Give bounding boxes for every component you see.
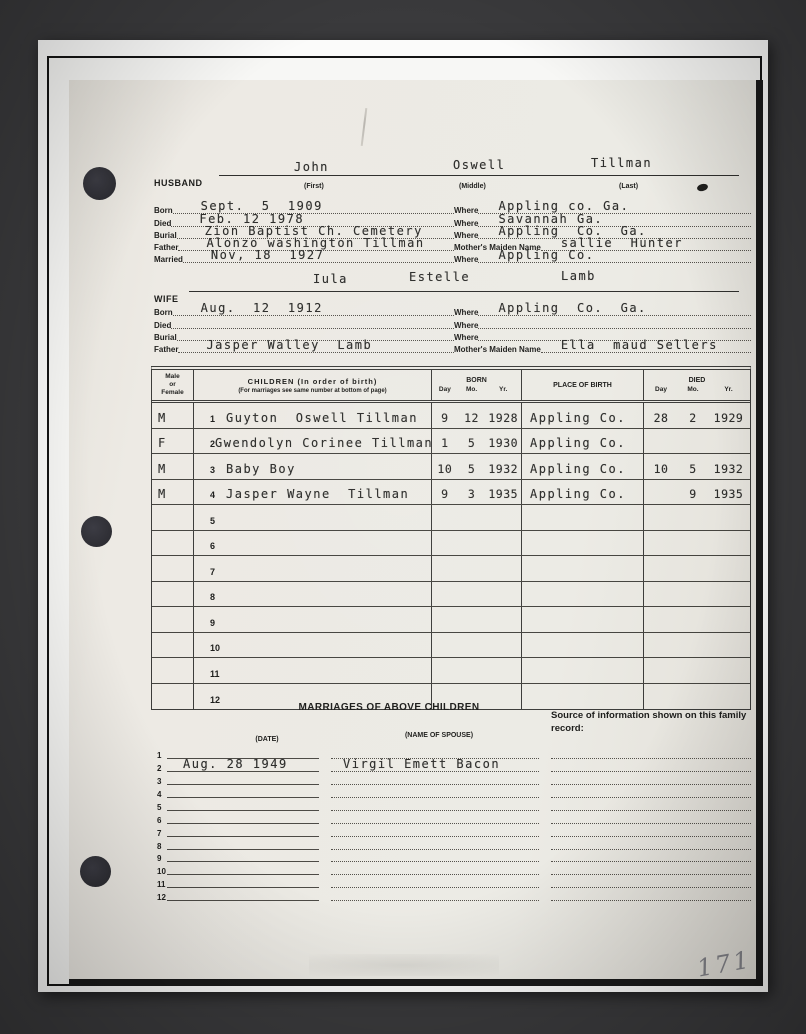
child-number: 1 bbox=[210, 414, 226, 424]
born-year: 1932 bbox=[485, 462, 521, 476]
child-born-cell bbox=[432, 633, 522, 658]
child-birthplace: Appling Co. bbox=[522, 454, 644, 479]
field-right-label: Where bbox=[454, 219, 478, 228]
form-field-row: Father Jasper Walley Lamb Mother's Maide… bbox=[154, 341, 751, 353]
stray-mark bbox=[361, 108, 368, 146]
child-name: Gwendolyn Corinee Tillman bbox=[215, 436, 433, 450]
child-birthplace bbox=[522, 556, 644, 581]
child-number: 8 bbox=[210, 592, 226, 602]
field-value: Aug. 12 1912 bbox=[201, 301, 323, 315]
child-born-cell: 10 5 1932 bbox=[432, 454, 522, 479]
field-right-label: Where bbox=[454, 255, 478, 264]
marriages-title: MARRIAGES OF ABOVE CHILDREN bbox=[219, 702, 559, 713]
field-right-label: Mother's Maiden Name bbox=[454, 345, 541, 354]
child-name-cell: 7 bbox=[194, 556, 432, 581]
children-table-body: M 1 Guyton Oswell Tillman 9 12 1928 Appl… bbox=[152, 403, 750, 709]
sex-header-line: or bbox=[169, 381, 176, 389]
first-name-sublabel: (First) bbox=[304, 183, 324, 190]
child-died-cell bbox=[644, 582, 750, 607]
child-born-cell bbox=[432, 531, 522, 556]
child-died-cell bbox=[644, 505, 750, 530]
middle-name-sublabel: (Middle) bbox=[459, 183, 486, 190]
field-label: Born bbox=[154, 308, 173, 317]
born-month: 12 bbox=[458, 411, 486, 425]
source-line bbox=[551, 745, 751, 759]
child-number: 11 bbox=[210, 669, 226, 679]
field-value: Jasper Walley Lamb bbox=[206, 338, 372, 352]
marriage-number: 2 bbox=[157, 764, 167, 773]
died-year: 1929 bbox=[708, 411, 749, 425]
died-year: 1935 bbox=[708, 487, 749, 501]
died-day: 10 bbox=[644, 462, 678, 476]
child-sex bbox=[152, 531, 194, 556]
field-right-label: Where bbox=[454, 206, 478, 215]
child-born-cell: 9 12 1928 bbox=[432, 403, 522, 428]
wife-name-line bbox=[189, 291, 739, 292]
marriage-number: 10 bbox=[157, 867, 167, 876]
child-sex bbox=[152, 582, 194, 607]
place-header-title: PLACE OF BIRTH bbox=[553, 382, 612, 389]
child-birthplace: Appling Co. bbox=[522, 480, 644, 505]
child-died-cell bbox=[644, 531, 750, 556]
child-number: 7 bbox=[210, 567, 226, 577]
child-name-cell: 4 Jasper Wayne Tillman bbox=[194, 480, 432, 505]
child-row: M 1 Guyton Oswell Tillman 9 12 1928 Appl… bbox=[152, 403, 750, 429]
died-header-title: DIED bbox=[689, 377, 706, 384]
born-day: 1 bbox=[432, 436, 458, 450]
spouse-name-line bbox=[331, 771, 539, 785]
child-row: 6 bbox=[152, 531, 750, 557]
year-subheader: Yr. bbox=[708, 386, 749, 393]
child-row: 5 bbox=[152, 505, 750, 531]
child-sex: M bbox=[152, 403, 194, 428]
spouse-name-line bbox=[331, 810, 539, 824]
child-name-cell: 1 Guyton Oswell Tillman bbox=[194, 403, 432, 428]
source-line bbox=[551, 861, 751, 875]
child-sex: F bbox=[152, 429, 194, 454]
child-died-cell: 28 2 1929 bbox=[644, 403, 750, 428]
child-birthplace bbox=[522, 505, 644, 530]
husband-middle-name: Oswell bbox=[453, 158, 505, 172]
photo-inner-border: John Oswell Tillman HUSBAND (First) (Mid… bbox=[47, 56, 762, 986]
source-line bbox=[551, 784, 751, 798]
field-line: Jasper Walley Lamb bbox=[178, 340, 454, 353]
last-name-sublabel: (Last) bbox=[619, 183, 638, 190]
field-label: Father bbox=[154, 243, 178, 252]
spouse-name-line bbox=[331, 784, 539, 798]
spouse-name-line: Virgil Emett Bacon bbox=[331, 758, 539, 772]
child-row: 7 bbox=[152, 556, 750, 582]
born-year: 1930 bbox=[485, 436, 521, 450]
field-label: Died bbox=[154, 219, 171, 228]
punch-hole bbox=[83, 167, 116, 200]
child-name-cell: 8 bbox=[194, 582, 432, 607]
child-sex bbox=[152, 607, 194, 632]
child-died-cell bbox=[644, 429, 750, 454]
marriage-date-line bbox=[167, 887, 319, 901]
died-month: 9 bbox=[678, 487, 708, 501]
form-field-row: Married Nov, 18 1927 Where Appling Co. bbox=[154, 251, 751, 263]
marriage-number: 11 bbox=[157, 880, 167, 889]
marriage-number: 8 bbox=[157, 842, 167, 851]
died-month: 5 bbox=[678, 462, 708, 476]
field-label: Born bbox=[154, 206, 173, 215]
wife-last-name: Lamb bbox=[561, 269, 596, 283]
punch-hole bbox=[80, 856, 111, 887]
child-name-cell: 6 bbox=[194, 531, 432, 556]
child-name-cell: 11 bbox=[194, 658, 432, 683]
child-died-cell: 10 5 1932 bbox=[644, 454, 750, 479]
spouse-name-line bbox=[331, 874, 539, 888]
child-birthplace bbox=[522, 658, 644, 683]
punch-hole bbox=[81, 516, 112, 547]
sex-header-line: Female bbox=[161, 389, 183, 397]
wife-fields: Born Aug. 12 1912 Where Appling Co. Ga. bbox=[154, 304, 751, 353]
marriage-number: 5 bbox=[157, 803, 167, 812]
field-line bbox=[478, 315, 751, 328]
child-birthplace bbox=[522, 633, 644, 658]
child-birthplace bbox=[522, 607, 644, 632]
month-subheader: Mo. bbox=[458, 386, 486, 393]
child-birthplace bbox=[522, 531, 644, 556]
child-sex bbox=[152, 633, 194, 658]
born-header-title: BORN bbox=[466, 377, 487, 384]
ink-blob-mark bbox=[696, 183, 708, 192]
child-died-cell bbox=[644, 633, 750, 658]
field-line bbox=[171, 315, 454, 328]
child-born-cell: 9 3 1935 bbox=[432, 480, 522, 505]
source-line bbox=[551, 849, 751, 863]
child-name: Baby Boy bbox=[226, 462, 296, 476]
died-day: 28 bbox=[644, 411, 678, 425]
died-subheaders: Day Mo. Yr. bbox=[644, 386, 750, 393]
marriage-date: Aug. 28 1949 bbox=[183, 757, 288, 771]
husband-last-name: Tillman bbox=[591, 156, 652, 170]
born-day: 9 bbox=[432, 487, 458, 501]
born-year: 1928 bbox=[485, 411, 521, 425]
child-row: F 2 Gwendolyn Corinee Tillman 1 5 1930 A… bbox=[152, 429, 750, 455]
marriage-number: 1 bbox=[157, 751, 167, 760]
children-column-header: CHILDREN (In order of birth) (For marria… bbox=[194, 370, 432, 400]
child-row: 9 bbox=[152, 607, 750, 633]
child-died-cell: 9 1935 bbox=[644, 480, 750, 505]
marriage-number: 6 bbox=[157, 816, 167, 825]
child-sex: M bbox=[152, 480, 194, 505]
field-line: Aug. 12 1912 bbox=[173, 303, 454, 316]
field-right-value: Appling Co. Ga. bbox=[498, 301, 646, 315]
field-label: Father bbox=[154, 345, 178, 354]
marriage-date-line bbox=[167, 784, 319, 798]
child-name-cell: 5 bbox=[194, 505, 432, 530]
born-month: 3 bbox=[458, 487, 486, 501]
husband-first-name: John bbox=[294, 160, 329, 174]
born-year: 1935 bbox=[485, 487, 521, 501]
sex-column-header: Male or Female bbox=[152, 370, 194, 400]
source-line bbox=[551, 810, 751, 824]
child-born-cell bbox=[432, 658, 522, 683]
spouse-name-line bbox=[331, 887, 539, 901]
source-line bbox=[551, 887, 751, 901]
child-born-cell bbox=[432, 582, 522, 607]
day-subheader: Day bbox=[432, 386, 458, 393]
field-value: Nov, 18 1927 bbox=[211, 248, 324, 262]
marriage-number: 7 bbox=[157, 829, 167, 838]
marriage-date-line bbox=[167, 810, 319, 824]
born-column-header: BORN Day Mo. Yr. bbox=[432, 370, 522, 400]
year-subheader: Yr. bbox=[485, 386, 521, 393]
child-row: 8 bbox=[152, 582, 750, 608]
marriage-date-line bbox=[167, 861, 319, 875]
child-number: 5 bbox=[210, 516, 226, 526]
born-day: 9 bbox=[432, 411, 458, 425]
field-label: Died bbox=[154, 321, 171, 330]
marriage-date-line bbox=[167, 836, 319, 850]
child-born-cell: 1 5 1930 bbox=[432, 429, 522, 454]
marriage-number: 4 bbox=[157, 790, 167, 799]
spouse-name-line bbox=[331, 849, 539, 863]
child-born-cell bbox=[432, 556, 522, 581]
child-born-cell bbox=[432, 607, 522, 632]
field-label: Burial bbox=[154, 333, 177, 342]
marriage-number: 3 bbox=[157, 777, 167, 786]
child-number: 3 bbox=[210, 465, 226, 475]
born-day: 10 bbox=[432, 462, 458, 476]
marriage-row: 12 bbox=[157, 888, 751, 901]
field-line: Nov, 18 1927 bbox=[183, 250, 454, 263]
child-birthplace: Appling Co. bbox=[522, 429, 644, 454]
children-table: Male or Female CHILDREN (In order of bir… bbox=[151, 366, 751, 710]
died-month: 2 bbox=[678, 411, 708, 425]
child-name: Jasper Wayne Tillman bbox=[226, 487, 409, 501]
spouse-name-line bbox=[331, 861, 539, 875]
child-died-cell bbox=[644, 658, 750, 683]
husband-section-label: HUSBAND bbox=[154, 178, 203, 188]
child-row: 11 bbox=[152, 658, 750, 684]
child-born-cell bbox=[432, 505, 522, 530]
child-row: M 3 Baby Boy 10 5 1932 Appling Co. bbox=[152, 454, 750, 480]
field-right-value: Appling Co. bbox=[498, 248, 594, 262]
spouse-name-line bbox=[331, 823, 539, 837]
child-sex bbox=[152, 658, 194, 683]
marriage-rows: 1 2 Aug. 28 1949 Virgil Emett Bacon bbox=[157, 746, 751, 901]
child-sex bbox=[152, 684, 194, 709]
wife-middle-name: Estelle bbox=[409, 270, 470, 284]
field-line: Ella maud Sellers bbox=[541, 340, 751, 353]
born-month: 5 bbox=[458, 462, 486, 476]
field-right-value: Ella maud Sellers bbox=[561, 338, 718, 352]
marriage-date-line bbox=[167, 849, 319, 863]
marriage-date-line bbox=[167, 771, 319, 785]
smudge-mark bbox=[309, 954, 499, 976]
field-right-label: Where bbox=[454, 308, 478, 317]
date-column-header: (DATE) bbox=[197, 736, 337, 743]
source-line bbox=[551, 836, 751, 850]
field-line: Appling Co. Ga. bbox=[478, 303, 751, 316]
photo-frame: John Oswell Tillman HUSBAND (First) (Mid… bbox=[38, 40, 768, 992]
sex-header-line: Male bbox=[165, 373, 179, 381]
handwritten-page-number: 171 bbox=[695, 945, 754, 982]
children-header-note: (For marriages see same number at bottom… bbox=[238, 388, 386, 394]
child-number: 10 bbox=[210, 643, 226, 653]
scanned-family-record-page: John Oswell Tillman HUSBAND (First) (Mid… bbox=[69, 80, 763, 986]
source-of-information-label: Source of information shown on this fami… bbox=[551, 710, 756, 736]
source-line bbox=[551, 823, 751, 837]
child-birthplace bbox=[522, 582, 644, 607]
marriage-date-line bbox=[167, 823, 319, 837]
child-died-cell bbox=[644, 556, 750, 581]
field-label: Burial bbox=[154, 231, 177, 240]
child-name-cell: 3 Baby Boy bbox=[194, 454, 432, 479]
child-died-cell bbox=[644, 607, 750, 632]
child-name-cell: 9 bbox=[194, 607, 432, 632]
child-sex bbox=[152, 556, 194, 581]
children-header-title: CHILDREN (In order of birth) bbox=[248, 377, 378, 386]
wife-first-name: Iula bbox=[313, 272, 348, 286]
field-right-label: Where bbox=[454, 321, 478, 330]
marriage-number: 9 bbox=[157, 854, 167, 863]
spouse-column-header: (NAME OF SPOUSE) bbox=[364, 732, 514, 739]
source-line bbox=[551, 771, 751, 785]
day-subheader: Day bbox=[644, 386, 678, 393]
husband-fields: Born Sept. 5 1909 Where Appling co. Ga. bbox=[154, 202, 751, 263]
place-of-birth-column-header: PLACE OF BIRTH bbox=[522, 370, 644, 400]
born-subheaders: Day Mo. Yr. bbox=[432, 386, 521, 393]
month-subheader: Mo. bbox=[678, 386, 708, 393]
marriage-date-line bbox=[167, 874, 319, 888]
field-right-label: Where bbox=[454, 231, 478, 240]
child-sex bbox=[152, 505, 194, 530]
husband-name-line bbox=[219, 175, 739, 176]
marriage-date-line bbox=[167, 797, 319, 811]
children-table-header: Male or Female CHILDREN (In order of bir… bbox=[152, 370, 750, 403]
source-line bbox=[551, 758, 751, 772]
marriage-date-line: Aug. 28 1949 bbox=[167, 758, 319, 772]
source-line bbox=[551, 874, 751, 888]
field-line: Appling Co. bbox=[478, 250, 751, 263]
child-died-cell bbox=[644, 684, 750, 709]
child-name-cell: 10 bbox=[194, 633, 432, 658]
source-line bbox=[551, 797, 751, 811]
died-year: 1932 bbox=[708, 462, 749, 476]
marriage-number: 12 bbox=[157, 893, 167, 902]
child-birthplace: Appling Co. bbox=[522, 403, 644, 428]
child-number: 9 bbox=[210, 618, 226, 628]
child-number: 4 bbox=[210, 490, 226, 500]
child-name-cell: 2 Gwendolyn Corinee Tillman bbox=[194, 429, 432, 454]
spouse-name-line bbox=[331, 797, 539, 811]
spouse-name: Virgil Emett Bacon bbox=[343, 757, 500, 771]
child-row: M 4 Jasper Wayne Tillman 9 3 1935 Applin… bbox=[152, 480, 750, 506]
child-name: Guyton Oswell Tillman bbox=[226, 411, 418, 425]
born-month: 5 bbox=[458, 436, 486, 450]
spouse-name-line bbox=[331, 836, 539, 850]
field-right-label: Where bbox=[454, 333, 478, 342]
child-row: 10 bbox=[152, 633, 750, 659]
died-column-header: DIED Day Mo. Yr. bbox=[644, 370, 750, 400]
child-number: 6 bbox=[210, 541, 226, 551]
field-label: Married bbox=[154, 255, 183, 264]
child-sex: M bbox=[152, 454, 194, 479]
